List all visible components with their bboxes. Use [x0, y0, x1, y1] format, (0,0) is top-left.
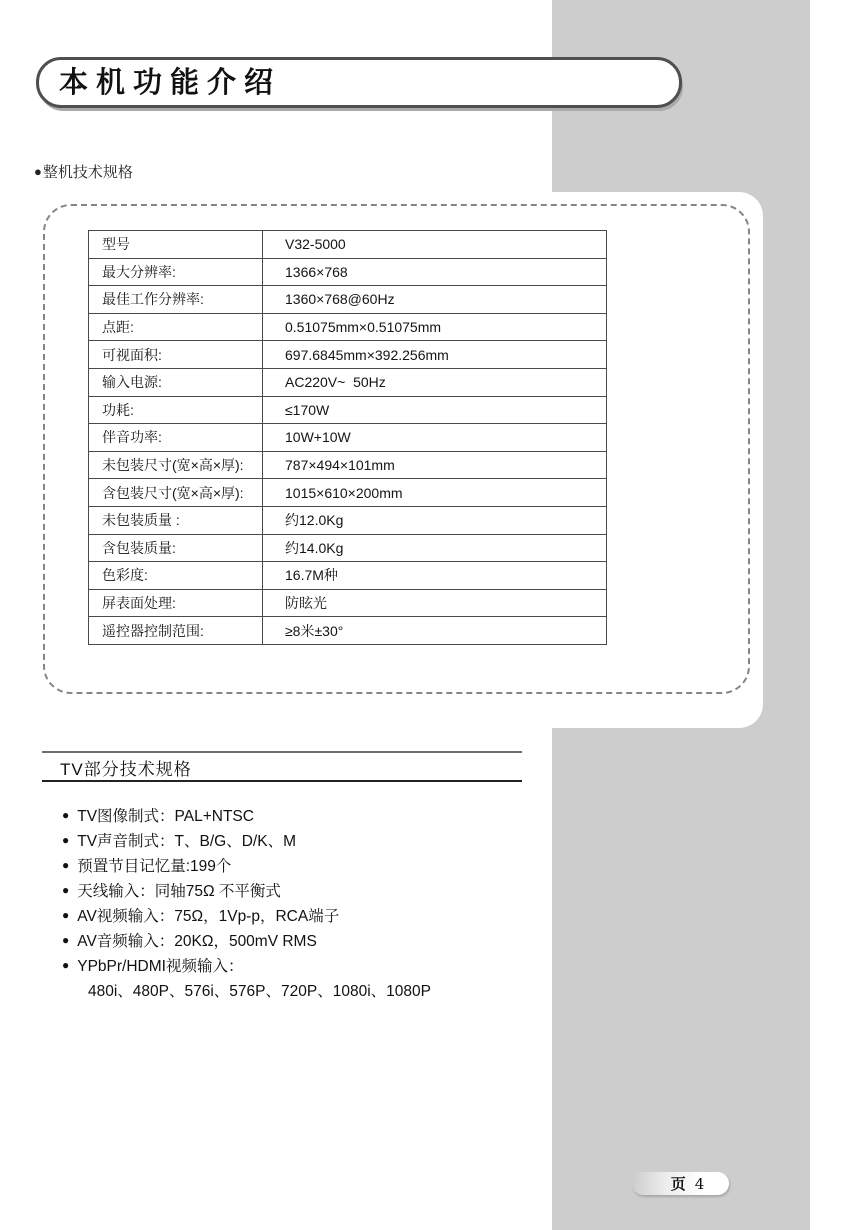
bullet-icon: ●: [62, 909, 69, 921]
table-row: 未包装尺寸(宽×高×厚): 787×494×101mm: [89, 451, 607, 479]
spec-value: AC220V~ 50Hz: [263, 368, 607, 396]
spec-label: 输入电源:: [89, 368, 263, 396]
list-item-text: 天线输入：同轴75Ω 不平衡式: [77, 879, 281, 901]
spec-value: 1360×768@60Hz: [263, 286, 607, 314]
spec-label: 未包装质量 :: [89, 506, 263, 534]
spec-table: 型号 V32-5000 最大分辨率: 1366×768 最佳工作分辨率: 136…: [88, 230, 607, 645]
spec-value: 16.7M种: [263, 562, 607, 590]
list-item-text: TV声音制式：T、B/G、D/K、M: [77, 829, 296, 851]
spec-value: 1366×768: [263, 258, 607, 286]
page-word: 页: [671, 1173, 686, 1194]
table-row: 伴音功率: 10W+10W: [89, 424, 607, 452]
manual-page: 本机功能介绍 ● 整机技术规格 型号 V32-5000 最大分辨率: 1366×…: [0, 0, 852, 1230]
spec-label: 功耗:: [89, 396, 263, 424]
page-title-box: 本机功能介绍: [36, 57, 682, 108]
table-row: 功耗: ≤170W: [89, 396, 607, 424]
spec-label: 型号: [89, 231, 263, 259]
list-item: ● TV图像制式：PAL+NTSC: [62, 803, 522, 828]
spec-label: 含包装质量:: [89, 534, 263, 562]
list-item: ● AV视频输入：75Ω，1Vp-p，RCA端子: [62, 903, 522, 928]
spec-value: 1015×610×200mm: [263, 479, 607, 507]
list-item: ● AV音频输入：20KΩ，500mV RMS: [62, 927, 522, 952]
table-row: 型号 V32-5000: [89, 231, 607, 259]
table-row: 遥控器控制范围: ≥8米±30°: [89, 617, 607, 645]
table-row: 可视面积: 697.6845mm×392.256mm: [89, 341, 607, 369]
bullet-icon: ●: [62, 809, 69, 821]
bullet-icon: ●: [62, 884, 69, 896]
table-row: 屏表面处理: 防眩光: [89, 589, 607, 617]
spec-value: 约14.0Kg: [263, 534, 607, 562]
list-item-text: YPbPr/HDMI视频输入：: [77, 954, 243, 976]
spec-label: 最佳工作分辨率:: [89, 286, 263, 314]
spec-value: 0.51075mm×0.51075mm: [263, 313, 607, 341]
list-item-text: AV音频输入：20KΩ，500mV RMS: [77, 929, 317, 951]
table-row: 最大分辨率: 1366×768: [89, 258, 607, 286]
list-item: ● 天线输入：同轴75Ω 不平衡式: [62, 878, 522, 903]
bullet-icon: ●: [62, 934, 69, 946]
table-row: 最佳工作分辨率: 1360×768@60Hz: [89, 286, 607, 314]
section-label-overall-specs: ● 整机技术规格: [34, 161, 133, 182]
spec-value: ≤170W: [263, 396, 607, 424]
list-item-text: TV图像制式：PAL+NTSC: [77, 804, 254, 826]
page-number-pill: 页 4: [632, 1172, 729, 1195]
list-item-text: 480i、480P、576i、576P、720P、1080i、1080P: [88, 979, 431, 1001]
page-number: 4: [695, 1175, 705, 1193]
spec-label: 未包装尺寸(宽×高×厚):: [89, 451, 263, 479]
spec-value: 约12.0Kg: [263, 506, 607, 534]
spec-value: 697.6845mm×392.256mm: [263, 341, 607, 369]
list-item-text: 预置节目记忆量:199个: [77, 854, 231, 876]
spec-label: 伴音功率:: [89, 424, 263, 452]
table-row: 色彩度: 16.7M种: [89, 562, 607, 590]
bullet-icon: ●: [62, 959, 69, 971]
table-row: 点距: 0.51075mm×0.51075mm: [89, 313, 607, 341]
table-row: 输入电源: AC220V~ 50Hz: [89, 368, 607, 396]
spec-label: 最大分辨率:: [89, 258, 263, 286]
tv-spec-list: ● TV图像制式：PAL+NTSC ● TV声音制式：T、B/G、D/K、M ●…: [62, 803, 522, 1002]
list-item: ● TV声音制式：T、B/G、D/K、M: [62, 828, 522, 853]
spec-value: 防眩光: [263, 589, 607, 617]
spec-value: ≥8米±30°: [263, 617, 607, 645]
table-row: 含包装质量: 约14.0Kg: [89, 534, 607, 562]
section-label-text: 整机技术规格: [43, 161, 133, 182]
spec-value: V32-5000: [263, 231, 607, 259]
spec-label: 色彩度:: [89, 562, 263, 590]
spec-value: 10W+10W: [263, 424, 607, 452]
tv-section-title: TV部分技术规格: [60, 755, 192, 780]
list-item: ● 预置节目记忆量:199个: [62, 853, 522, 878]
table-row: 未包装质量 : 约12.0Kg: [89, 506, 607, 534]
spec-label: 含包装尺寸(宽×高×厚):: [89, 479, 263, 507]
bullet-icon: ●: [62, 834, 69, 846]
tv-section-rule-top: [42, 751, 522, 753]
list-item: ● YPbPr/HDMI视频输入：: [62, 952, 522, 977]
list-item-continuation: 480i、480P、576i、576P、720P、1080i、1080P: [62, 977, 522, 1002]
spec-label: 屏表面处理:: [89, 589, 263, 617]
spec-value: 787×494×101mm: [263, 451, 607, 479]
spec-label: 遥控器控制范围:: [89, 617, 263, 645]
bullet-icon: ●: [34, 164, 42, 179]
spec-label: 可视面积:: [89, 341, 263, 369]
tv-section-rule-bottom: [42, 780, 522, 782]
table-row: 含包装尺寸(宽×高×厚): 1015×610×200mm: [89, 479, 607, 507]
spec-label: 点距:: [89, 313, 263, 341]
page-title: 本机功能介绍: [39, 65, 281, 99]
list-item-text: AV视频输入：75Ω，1Vp-p，RCA端子: [77, 904, 339, 926]
bullet-icon: ●: [62, 859, 69, 871]
